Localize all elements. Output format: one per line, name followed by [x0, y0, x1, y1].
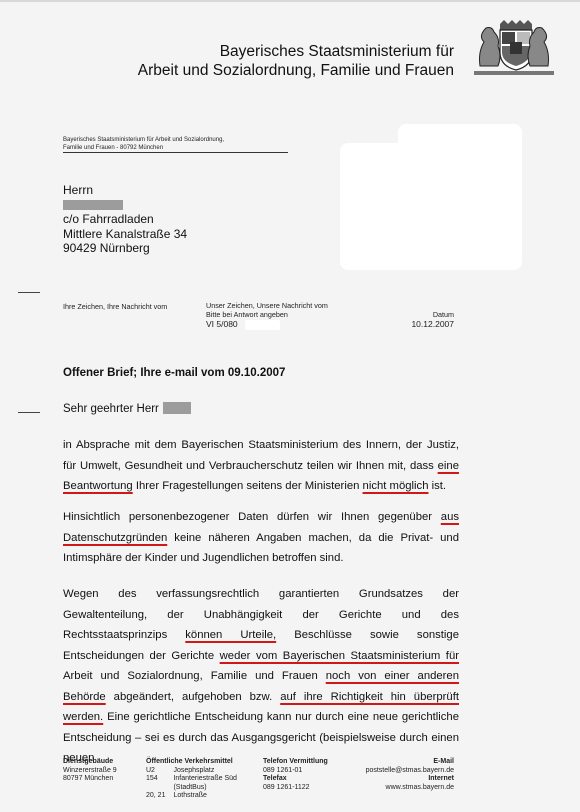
transit-line: 154: [146, 775, 173, 784]
footer-building: Dienstgebäude Winzererstraße 9 80797 Mün…: [63, 758, 117, 784]
footer-transit: Öffentliche Verkehrsmittel U2Josephsplat…: [146, 758, 245, 801]
recipient-salutation: Herrn: [63, 183, 187, 198]
ministry-name-line1: Bayerisches Staatsministerium für: [220, 42, 454, 61]
highlighted-phrase: können Urteile,: [185, 629, 276, 641]
web-link[interactable]: www.stmas.bayern.de: [366, 784, 454, 793]
greeting-name-redacted: [163, 402, 191, 414]
ministry-name-line2: Arbeit und Sozialordnung, Familie und Fr…: [138, 61, 454, 80]
body-text: ist.: [428, 480, 446, 492]
sender-return-address: Bayerisches Staatsministerium für Arbeit…: [63, 136, 224, 152]
recipient-line-3: 90429 Nürnberg: [63, 241, 187, 256]
transit-stop: Lothstraße: [173, 792, 244, 801]
paragraph-2: Hinsichtlich personenbezogener Daten dür…: [63, 507, 459, 569]
body-text: Ihrer Fragestellungen seitens der Minist…: [133, 480, 363, 492]
web-label: Internet: [428, 775, 454, 782]
recipient-name-redacted: [63, 198, 187, 213]
phone-value: 089 1261-01: [263, 767, 328, 776]
transit-line: [146, 784, 173, 793]
fold-mark: [18, 412, 40, 413]
phone-label: Telefon Vermittlung: [263, 758, 328, 765]
building-city: 80797 München: [63, 775, 117, 784]
email-link[interactable]: poststelle@stmas.bayern.de: [366, 767, 454, 776]
recipient-line-1: c/o Fahrradladen: [63, 212, 187, 227]
highlighted-phrase: weder vom Bayerischen Staatsministerium …: [220, 650, 459, 662]
date-value: 10.12.2007: [411, 319, 454, 330]
transit-stop: Infanteriestraße Süd: [173, 775, 244, 784]
sender-divider: [63, 152, 288, 153]
footer-phone: Telefon Vermittlung 089 1261-01 Telefax …: [263, 758, 328, 792]
greeting: Sehr geehrter Herr: [63, 402, 191, 415]
body-text: Hinsichtlich personenbezogener Daten dür…: [63, 511, 441, 523]
greeting-text: Sehr geehrter Herr: [63, 403, 159, 415]
redaction-box: [245, 320, 280, 330]
date-label: Datum: [411, 310, 454, 319]
fax-value: 089 1261-1122: [263, 784, 328, 793]
subject-line: Offener Brief; Ihre e-mail vom 09.10.200…: [63, 367, 285, 379]
footer-contact: E-Mail poststelle@stmas.bayern.de Intern…: [366, 758, 454, 792]
transit-stop: (StadtBus): [173, 784, 244, 793]
body-text: Eine gerichtliche Entscheidung kann nur …: [63, 711, 459, 764]
paragraph-3: Wegen des verfassungsrechtlich garantier…: [63, 584, 459, 769]
recipient-line-2: Mittlere Kanalstraße 34: [63, 227, 187, 242]
our-reference-label: Unser Zeichen, Unsere Nachricht vom: [206, 301, 328, 310]
scan-edge: [0, 0, 580, 2]
your-reference-label: Ihre Zeichen, Ihre Nachricht vom: [63, 302, 167, 311]
transit-line: 20, 21: [146, 792, 173, 801]
body-text: abgeändert, aufgehoben bzw.: [106, 691, 280, 703]
highlighted-phrase: nicht möglich: [363, 480, 429, 492]
transit-line: U2: [146, 767, 173, 776]
sender-line-2: Familie und Frauen - 80792 München: [63, 144, 224, 152]
transit-table: U2Josephsplatz 154Infanteriestraße Süd (…: [146, 767, 245, 801]
sender-line-1: Bayerisches Staatsministerium für Arbeit…: [63, 136, 224, 144]
body-text: Arbeit und Sozialordnung, Familie und Fr…: [63, 670, 326, 682]
body-text: in Absprache mit dem Bayerischen Staatsm…: [63, 439, 459, 472]
paragraph-1: in Absprache mit dem Bayerischen Staatsm…: [63, 435, 459, 497]
building-street: Winzererstraße 9: [63, 767, 117, 776]
fold-mark: [18, 292, 40, 293]
redaction-box: [340, 143, 522, 270]
building-label: Dienstgebäude: [63, 758, 113, 765]
email-label: E-Mail: [433, 758, 454, 765]
our-reference-note: Bitte bei Antwort angeben: [206, 310, 328, 319]
date-block: Datum 10.12.2007: [411, 310, 454, 330]
coat-of-arms-icon: [472, 16, 556, 78]
transit-label: Öffentliche Verkehrsmittel: [146, 758, 233, 765]
recipient-address: Herrn c/o Fahrradladen Mittlere Kanalstr…: [63, 183, 187, 256]
transit-stop: Josephsplatz: [173, 767, 244, 776]
fax-label: Telefax: [263, 775, 287, 782]
